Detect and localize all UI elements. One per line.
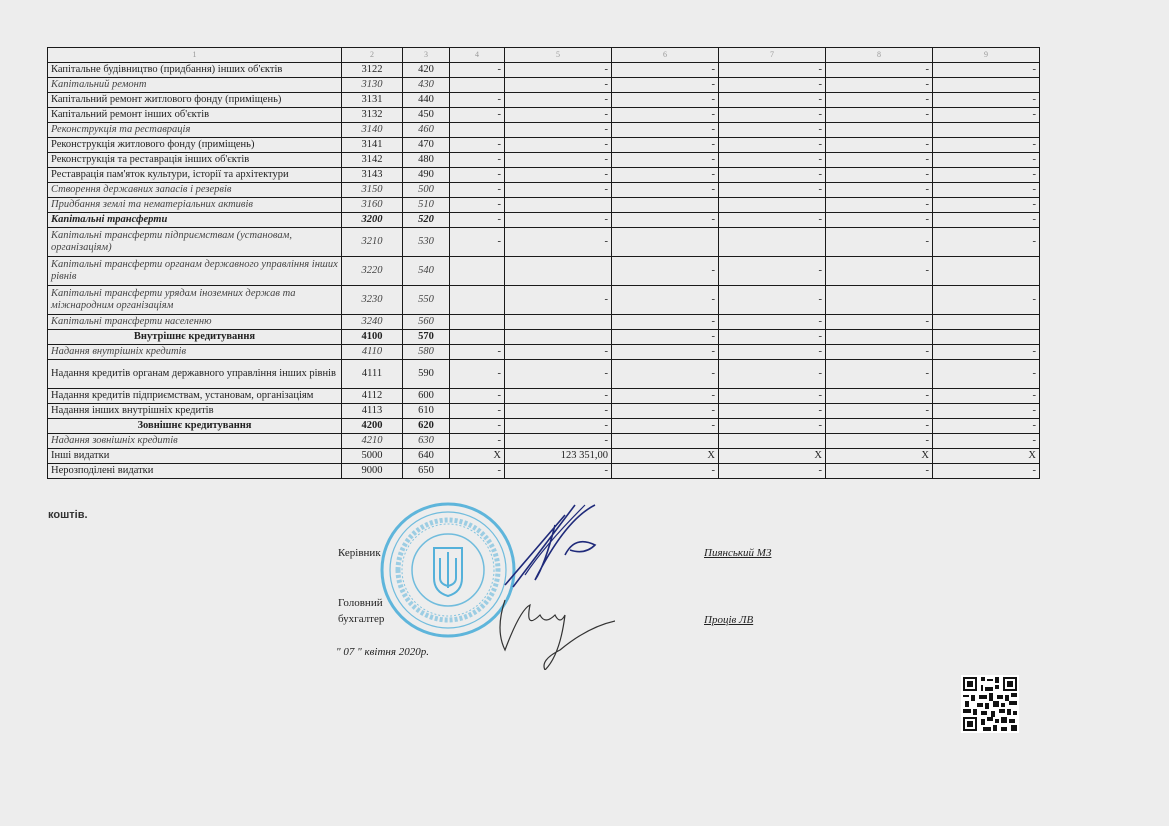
- row-line-cell: 500: [403, 183, 450, 198]
- row-value-cell: -: [450, 198, 505, 213]
- row-name-cell: Надання зовнішніх кредитів: [48, 434, 342, 449]
- row-value-cell: -: [612, 213, 719, 228]
- row-value-cell: -: [933, 434, 1040, 449]
- table-row: Капітальний ремонт інших об'єктів3132450…: [48, 108, 1040, 123]
- row-value-cell: -: [719, 389, 826, 404]
- row-name-cell: Капітальні трансферти урядам іноземних д…: [48, 286, 342, 315]
- document-date: " 07 " квітня 2020р.: [336, 646, 429, 658]
- row-line-cell: 460: [403, 123, 450, 138]
- row-value-cell: -: [505, 138, 612, 153]
- row-value-cell: [450, 78, 505, 93]
- row-line-cell: 550: [403, 286, 450, 315]
- row-value-cell: -: [933, 168, 1040, 183]
- accountant-label-line1: Головний: [338, 597, 383, 609]
- row-value-cell: -: [505, 93, 612, 108]
- row-code-cell: 9000: [342, 464, 403, 479]
- table-row: Створення державних запасів і резервів31…: [48, 183, 1040, 198]
- row-code-cell: 3230: [342, 286, 403, 315]
- row-value-cell: -: [505, 345, 612, 360]
- row-code-cell: 4100: [342, 330, 403, 345]
- row-value-cell: -: [933, 213, 1040, 228]
- row-value-cell: 123 351,00: [505, 449, 612, 464]
- row-line-cell: 650: [403, 464, 450, 479]
- row-line-cell: 480: [403, 153, 450, 168]
- row-value-cell: -: [719, 464, 826, 479]
- row-value-cell: -: [719, 286, 826, 315]
- table-row: Капітальний ремонт3130430----: [48, 78, 1040, 93]
- column-number-cell: 5: [505, 48, 612, 63]
- row-code-cell: 4112: [342, 389, 403, 404]
- row-value-cell: [450, 123, 505, 138]
- row-value-cell: -: [450, 360, 505, 389]
- row-value-cell: [612, 198, 719, 213]
- row-name-cell: Створення державних запасів і резервів: [48, 183, 342, 198]
- column-number-cell: 4: [450, 48, 505, 63]
- row-value-cell: -: [719, 419, 826, 434]
- row-line-cell: 580: [403, 345, 450, 360]
- row-name-cell: Реконструкція та реставрація інших об'єк…: [48, 153, 342, 168]
- row-line-cell: 520: [403, 213, 450, 228]
- row-value-cell: -: [505, 168, 612, 183]
- row-value-cell: -: [933, 108, 1040, 123]
- row-value-cell: [505, 257, 612, 286]
- row-value-cell: -: [826, 63, 933, 78]
- row-value-cell: -: [933, 93, 1040, 108]
- row-value-cell: -: [826, 404, 933, 419]
- row-value-cell: -: [933, 183, 1040, 198]
- row-name-cell: Капітальний ремонт: [48, 78, 342, 93]
- row-value-cell: -: [612, 257, 719, 286]
- row-name-cell: Інші видатки: [48, 449, 342, 464]
- accountant-signature-icon: [485, 590, 615, 670]
- row-value-cell: -: [826, 108, 933, 123]
- table-row: Капітальні трансферти3200520------: [48, 213, 1040, 228]
- row-value-cell: -: [933, 464, 1040, 479]
- row-code-cell: 3143: [342, 168, 403, 183]
- row-value-cell: -: [719, 78, 826, 93]
- row-value-cell: -: [612, 138, 719, 153]
- row-value-cell: -: [826, 389, 933, 404]
- row-code-cell: 3150: [342, 183, 403, 198]
- head-name: Пиянський МЗ: [704, 547, 771, 559]
- table-row: Придбання землі та нематеріальних активі…: [48, 198, 1040, 213]
- row-value-cell: -: [450, 183, 505, 198]
- row-value-cell: -: [826, 419, 933, 434]
- row-value-cell: X: [450, 449, 505, 464]
- row-value-cell: -: [719, 153, 826, 168]
- row-value-cell: -: [826, 168, 933, 183]
- row-code-cell: 3142: [342, 153, 403, 168]
- row-value-cell: -: [719, 108, 826, 123]
- row-value-cell: -: [826, 434, 933, 449]
- row-value-cell: X: [719, 449, 826, 464]
- row-value-cell: -: [719, 330, 826, 345]
- row-value-cell: -: [612, 464, 719, 479]
- row-line-cell: 450: [403, 108, 450, 123]
- row-name-cell: Капітальні трансферти: [48, 213, 342, 228]
- column-number-cell: 9: [933, 48, 1040, 63]
- row-line-cell: 640: [403, 449, 450, 464]
- row-value-cell: -: [719, 345, 826, 360]
- row-line-cell: 570: [403, 330, 450, 345]
- row-value-cell: -: [826, 257, 933, 286]
- row-value-cell: -: [826, 345, 933, 360]
- expenditure-table: 123456789Капітальне будівництво (придбан…: [47, 47, 1040, 479]
- row-name-cell: Надання кредитів органам державного упра…: [48, 360, 342, 389]
- table-row: Реконструкція та реставрація3140460---: [48, 123, 1040, 138]
- row-value-cell: -: [719, 213, 826, 228]
- row-value-cell: [826, 286, 933, 315]
- row-name-cell: Надання інших внутрішніх кредитів: [48, 404, 342, 419]
- row-value-cell: -: [933, 404, 1040, 419]
- row-value-cell: -: [505, 389, 612, 404]
- row-value-cell: -: [612, 419, 719, 434]
- row-code-cell: 3130: [342, 78, 403, 93]
- row-code-cell: 4200: [342, 419, 403, 434]
- row-value-cell: -: [505, 419, 612, 434]
- row-value-cell: [719, 434, 826, 449]
- row-name-cell: Зовнішнє кредитування: [48, 419, 342, 434]
- row-value-cell: [505, 315, 612, 330]
- row-value-cell: [933, 330, 1040, 345]
- row-value-cell: -: [450, 464, 505, 479]
- row-code-cell: 3240: [342, 315, 403, 330]
- row-value-cell: -: [826, 153, 933, 168]
- row-value-cell: -: [933, 138, 1040, 153]
- row-name-cell: Внутрішнє кредитування: [48, 330, 342, 345]
- row-value-cell: -: [826, 228, 933, 257]
- row-value-cell: -: [719, 183, 826, 198]
- row-value-cell: -: [612, 63, 719, 78]
- note-text: коштів.: [48, 509, 88, 521]
- row-value-cell: [612, 228, 719, 257]
- row-name-cell: Капітальне будівництво (придбання) інших…: [48, 63, 342, 78]
- table-row: Зовнішнє кредитування4200620------: [48, 419, 1040, 434]
- row-name-cell: Капітальний ремонт житлового фонду (прим…: [48, 93, 342, 108]
- row-name-cell: Капітальний ремонт інших об'єктів: [48, 108, 342, 123]
- row-code-cell: 3132: [342, 108, 403, 123]
- row-value-cell: -: [450, 228, 505, 257]
- row-code-cell: 4113: [342, 404, 403, 419]
- table-row: Надання інших внутрішніх кредитів4113610…: [48, 404, 1040, 419]
- row-line-cell: 530: [403, 228, 450, 257]
- column-number-cell: 8: [826, 48, 933, 63]
- row-value-cell: -: [505, 123, 612, 138]
- row-value-cell: -: [933, 345, 1040, 360]
- column-number-cell: 7: [719, 48, 826, 63]
- table-row: Капітальні трансферти населенню3240560--…: [48, 315, 1040, 330]
- row-name-cell: Придбання землі та нематеріальних активі…: [48, 198, 342, 213]
- row-name-cell: Капітальні трансферти населенню: [48, 315, 342, 330]
- row-value-cell: -: [612, 345, 719, 360]
- column-number-cell: 3: [403, 48, 450, 63]
- row-value-cell: -: [826, 183, 933, 198]
- table-row: Нерозподілені видатки9000650------: [48, 464, 1040, 479]
- row-value-cell: -: [450, 419, 505, 434]
- table-row: Капітальний ремонт житлового фонду (прим…: [48, 93, 1040, 108]
- row-line-cell: 470: [403, 138, 450, 153]
- table-row: Капітальні трансферти підприємствам (уст…: [48, 228, 1040, 257]
- table-row: Інші видатки5000640X123 351,00XXXX: [48, 449, 1040, 464]
- row-value-cell: -: [450, 168, 505, 183]
- row-code-cell: 3141: [342, 138, 403, 153]
- row-value-cell: -: [450, 63, 505, 78]
- table-row: Надання кредитів органам державного упра…: [48, 360, 1040, 389]
- row-value-cell: -: [450, 153, 505, 168]
- row-value-cell: X: [933, 449, 1040, 464]
- row-code-cell: 4111: [342, 360, 403, 389]
- row-value-cell: -: [612, 183, 719, 198]
- row-value-cell: [933, 123, 1040, 138]
- row-value-cell: -: [612, 93, 719, 108]
- row-value-cell: [612, 434, 719, 449]
- row-value-cell: -: [505, 63, 612, 78]
- row-value-cell: -: [612, 389, 719, 404]
- table-row: Реконструкція та реставрація інших об'єк…: [48, 153, 1040, 168]
- row-value-cell: -: [719, 257, 826, 286]
- column-number-cell: 6: [612, 48, 719, 63]
- table-row: Реставрація пам'яток культури, історії т…: [48, 168, 1040, 183]
- row-line-cell: 600: [403, 389, 450, 404]
- column-number-cell: 1: [48, 48, 342, 63]
- accountant-label-line2: бухгалтер: [338, 613, 384, 625]
- column-number-row: 123456789: [48, 48, 1040, 63]
- row-value-cell: -: [450, 434, 505, 449]
- row-value-cell: -: [505, 360, 612, 389]
- row-code-cell: 3200: [342, 213, 403, 228]
- row-value-cell: -: [612, 123, 719, 138]
- row-code-cell: 4210: [342, 434, 403, 449]
- row-line-cell: 590: [403, 360, 450, 389]
- row-line-cell: 560: [403, 315, 450, 330]
- row-value-cell: -: [612, 168, 719, 183]
- row-value-cell: -: [505, 183, 612, 198]
- row-value-cell: [933, 315, 1040, 330]
- row-value-cell: X: [826, 449, 933, 464]
- row-value-cell: [450, 315, 505, 330]
- table-row: Надання внутрішніх кредитів4110580------: [48, 345, 1040, 360]
- row-code-cell: 3160: [342, 198, 403, 213]
- table-row: Реконструкція житлового фонду (приміщень…: [48, 138, 1040, 153]
- row-value-cell: [450, 286, 505, 315]
- head-label: Керівник: [338, 547, 381, 559]
- row-value-cell: -: [505, 434, 612, 449]
- row-value-cell: -: [450, 108, 505, 123]
- row-value-cell: -: [612, 360, 719, 389]
- row-value-cell: -: [505, 213, 612, 228]
- row-value-cell: -: [933, 286, 1040, 315]
- row-value-cell: [505, 198, 612, 213]
- row-value-cell: -: [826, 198, 933, 213]
- row-value-cell: -: [826, 78, 933, 93]
- row-value-cell: -: [505, 404, 612, 419]
- row-value-cell: -: [826, 464, 933, 479]
- row-code-cell: 3210: [342, 228, 403, 257]
- table-row: Капітальні трансферти органам державного…: [48, 257, 1040, 286]
- accountant-name: Проців ЛВ: [704, 614, 753, 626]
- row-value-cell: [505, 330, 612, 345]
- row-name-cell: Реставрація пам'яток культури, історії т…: [48, 168, 342, 183]
- row-value-cell: -: [826, 138, 933, 153]
- row-line-cell: 490: [403, 168, 450, 183]
- row-value-cell: -: [505, 228, 612, 257]
- row-value-cell: -: [933, 389, 1040, 404]
- row-value-cell: -: [933, 153, 1040, 168]
- row-value-cell: -: [719, 138, 826, 153]
- row-value-cell: -: [933, 63, 1040, 78]
- row-value-cell: [450, 257, 505, 286]
- table-row: Капітальні трансферти урядам іноземних д…: [48, 286, 1040, 315]
- row-line-cell: 430: [403, 78, 450, 93]
- row-line-cell: 510: [403, 198, 450, 213]
- row-code-cell: 4110: [342, 345, 403, 360]
- row-value-cell: -: [450, 345, 505, 360]
- row-code-cell: 3140: [342, 123, 403, 138]
- row-value-cell: -: [505, 78, 612, 93]
- row-value-cell: -: [450, 138, 505, 153]
- row-value-cell: [719, 228, 826, 257]
- row-value-cell: [826, 123, 933, 138]
- row-value-cell: [450, 330, 505, 345]
- row-value-cell: -: [719, 315, 826, 330]
- row-name-cell: Капітальні трансферти органам державного…: [48, 257, 342, 286]
- row-code-cell: 3122: [342, 63, 403, 78]
- row-value-cell: -: [719, 63, 826, 78]
- row-value-cell: -: [450, 389, 505, 404]
- row-value-cell: -: [612, 153, 719, 168]
- row-name-cell: Реконструкція та реставрація: [48, 123, 342, 138]
- table-row: Внутрішнє кредитування4100570--: [48, 330, 1040, 345]
- row-code-cell: 3220: [342, 257, 403, 286]
- row-value-cell: [933, 257, 1040, 286]
- row-line-cell: 420: [403, 63, 450, 78]
- row-value-cell: [933, 78, 1040, 93]
- row-value-cell: -: [933, 198, 1040, 213]
- row-value-cell: -: [933, 228, 1040, 257]
- table-row: Надання зовнішніх кредитів4210630----: [48, 434, 1040, 449]
- table-row: Капітальне будівництво (придбання) інших…: [48, 63, 1040, 78]
- row-value-cell: -: [612, 330, 719, 345]
- row-value-cell: -: [612, 108, 719, 123]
- row-value-cell: -: [505, 464, 612, 479]
- row-value-cell: [719, 198, 826, 213]
- row-value-cell: -: [933, 360, 1040, 389]
- row-value-cell: -: [612, 315, 719, 330]
- scanned-page: 123456789Капітальне будівництво (придбан…: [0, 0, 1169, 826]
- row-value-cell: -: [719, 93, 826, 108]
- row-value-cell: [826, 330, 933, 345]
- row-value-cell: -: [719, 123, 826, 138]
- row-value-cell: -: [450, 213, 505, 228]
- row-value-cell: -: [826, 93, 933, 108]
- row-line-cell: 630: [403, 434, 450, 449]
- row-name-cell: Нерозподілені видатки: [48, 464, 342, 479]
- row-value-cell: -: [933, 419, 1040, 434]
- row-value-cell: X: [612, 449, 719, 464]
- row-value-cell: -: [450, 404, 505, 419]
- row-value-cell: -: [505, 108, 612, 123]
- row-value-cell: -: [826, 315, 933, 330]
- qr-code-icon: [961, 675, 1019, 733]
- column-number-cell: 2: [342, 48, 403, 63]
- row-name-cell: Надання внутрішніх кредитів: [48, 345, 342, 360]
- row-name-cell: Реконструкція житлового фонду (приміщень…: [48, 138, 342, 153]
- head-signature-icon: [495, 495, 625, 595]
- row-value-cell: -: [719, 168, 826, 183]
- row-code-cell: 5000: [342, 449, 403, 464]
- row-name-cell: Надання кредитів підприємствам, установа…: [48, 389, 342, 404]
- row-value-cell: -: [505, 286, 612, 315]
- row-value-cell: -: [612, 404, 719, 419]
- row-value-cell: -: [612, 78, 719, 93]
- row-line-cell: 620: [403, 419, 450, 434]
- row-value-cell: -: [826, 213, 933, 228]
- row-value-cell: -: [719, 360, 826, 389]
- row-line-cell: 440: [403, 93, 450, 108]
- row-value-cell: -: [505, 153, 612, 168]
- table-row: Надання кредитів підприємствам, установа…: [48, 389, 1040, 404]
- row-code-cell: 3131: [342, 93, 403, 108]
- row-line-cell: 540: [403, 257, 450, 286]
- row-value-cell: -: [826, 360, 933, 389]
- row-line-cell: 610: [403, 404, 450, 419]
- row-name-cell: Капітальні трансферти підприємствам (уст…: [48, 228, 342, 257]
- row-value-cell: -: [450, 93, 505, 108]
- row-value-cell: -: [719, 404, 826, 419]
- row-value-cell: -: [612, 286, 719, 315]
